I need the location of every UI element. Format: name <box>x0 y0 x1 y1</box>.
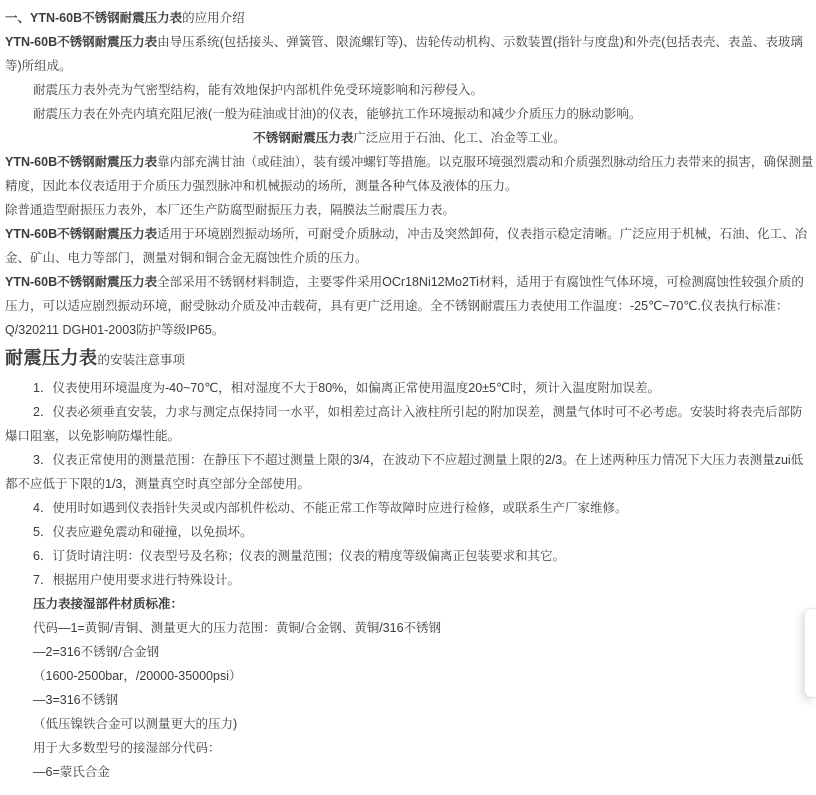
floating-side-widget[interactable] <box>804 608 816 698</box>
section-heading: 一、YTN-60B不锈钢耐震压力表的应用介绍 <box>5 6 814 30</box>
intro-paragraph-case: 耐震压力表外壳为气密型结构，能有效地保护内部机件免受环境影响和污秽侵入。 <box>5 78 814 102</box>
install-item-5: 5．仪表应避免震动和碰撞，以免损坏。 <box>5 520 814 544</box>
section-heading-bold: 一、YTN-60B不锈钢耐震压力表 <box>5 11 182 25</box>
product-name-bold: YTN-60B不锈钢耐震压力表 <box>5 155 157 169</box>
install-heading: 耐震压力表的安装注意事项 <box>5 344 814 374</box>
materials-heading: 压力表接湿部件材质标准： <box>5 592 814 616</box>
install-item-6: 6．订货时请注明：仪表型号及名称；仪表的测量范围；仪表的精度等级偏离正包装要求和… <box>5 544 814 568</box>
intro-paragraph-glycerin: YTN-60B不锈钢耐震压力表靠内部充满甘油（或硅油），装有缓冲螺钉等措施。以克… <box>5 150 814 198</box>
materials-line-code3: —3=316不锈钢 <box>5 688 814 712</box>
install-item-4: 4．使用时如遇到仪表指针失灵或内部机件松动、不能正常工作等故障时应进行检修，或联… <box>5 496 814 520</box>
install-item-7: 7．根据用户使用要求进行特殊设计。 <box>5 568 814 592</box>
product-name-bold: YTN-60B不锈钢耐震压力表 <box>5 35 157 49</box>
install-item-2: 2．仪表必须垂直安装，力求与测定点保持同一水平，如相差过高计入液柱所引起的附加误… <box>5 400 814 448</box>
intro-paragraph-material: YTN-60B不锈钢耐震压力表全部采用不锈钢材料制造，主要零件采用OCr18Ni… <box>5 270 814 342</box>
install-item-1: 1．仪表使用环境温度为-40~70℃，相对湿度不大于80%，如偏离正常使用温度2… <box>5 376 814 400</box>
materials-line-range: （1600-2500bar，/20000-35000psi） <box>5 664 814 688</box>
install-heading-big: 耐震压力表 <box>5 348 98 368</box>
product-name-bold: YTN-60B不锈钢耐震压力表 <box>5 275 157 289</box>
applications-bold: 不锈钢耐震压力表 <box>253 131 353 145</box>
intro-paragraph-variants: 除普通造型耐振压力表外，本厂还生产防腐型耐振压力表，隔膜法兰耐震压力表。 <box>5 198 814 222</box>
intro-paragraph-damping: 耐震压力表在外壳内填充阻尼液(一般为硅油或甘油)的仪表，能够抗工作环境振动和减少… <box>5 102 814 126</box>
intro-paragraph-usage: YTN-60B不锈钢耐震压力表适用于环境剧烈振动场所，可耐受介质脉动，冲击及突然… <box>5 222 814 270</box>
install-heading-rest: 的安装注意事项 <box>98 353 186 367</box>
materials-line-most-models: 用于大多数型号的接湿部分代码： <box>5 736 814 760</box>
materials-line-code1: 代码—1=黄铜/青铜、测量更大的压力范围：黄铜/合金钢、黄铜/316不锈钢 <box>5 616 814 640</box>
document-page: 一、YTN-60B不锈钢耐震压力表的应用介绍 YTN-60B不锈钢耐震压力表由导… <box>0 0 816 784</box>
materials-line-note: （低压镍铁合金可以测量更大的压力) <box>5 712 814 736</box>
applications-rest: 广泛应用于石油、化工、冶金等工业。 <box>353 131 566 145</box>
product-name-bold: YTN-60B不锈钢耐震压力表 <box>5 227 157 241</box>
intro-paragraph-composition: YTN-60B不锈钢耐震压力表由导压系统(包括接头、弹簧管、限流螺钉等)、齿轮传… <box>5 30 814 78</box>
install-item-3: 3．仪表正常使用的测量范围：在静压下不超过测量上限的3/4，在波动下不应超过测量… <box>5 448 814 496</box>
materials-line-code2: —2=316不锈钢/合金钢 <box>5 640 814 664</box>
section-heading-rest: 的应用介绍 <box>182 11 245 25</box>
intro-paragraph-applications: 不锈钢耐震压力表广泛应用于石油、化工、冶金等工业。 <box>5 126 814 150</box>
materials-line-code6: —6=蒙氏合金 <box>5 760 814 784</box>
